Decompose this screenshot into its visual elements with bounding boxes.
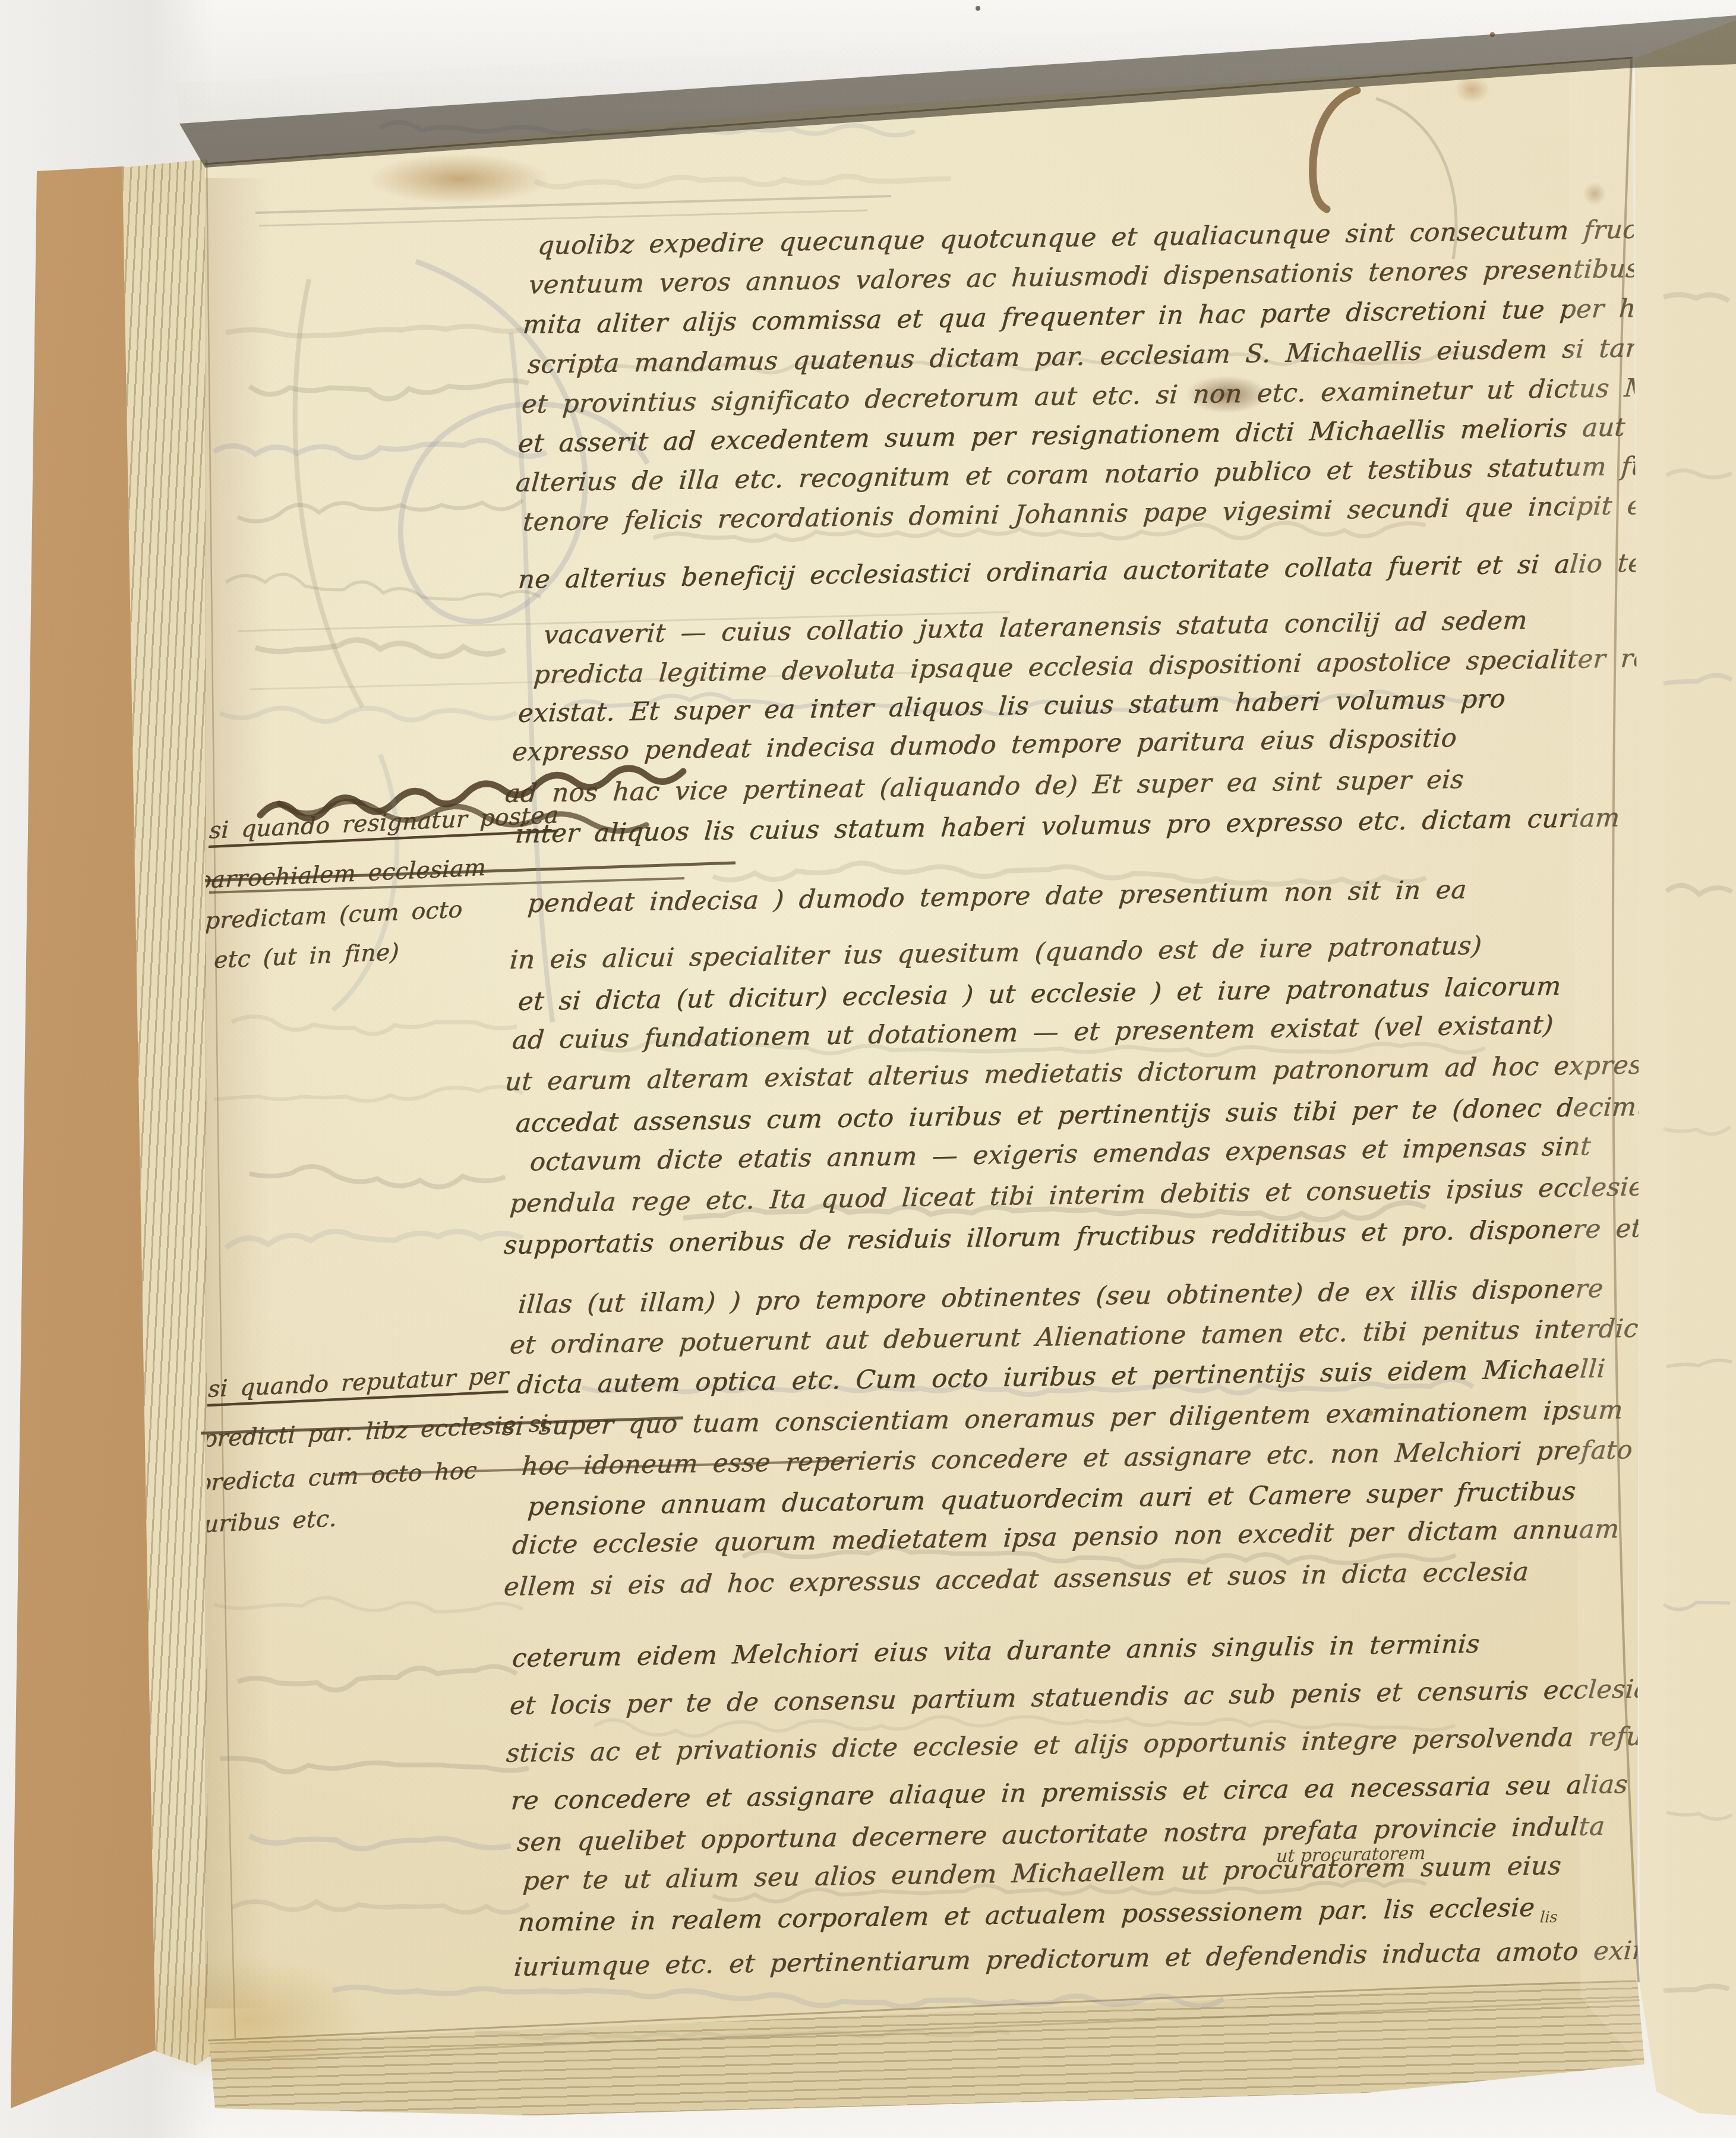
manuscript-line: mita aliter alijs commissa et qua freque…	[522, 293, 1666, 340]
margin-note-line: parrochialem ecclesiam	[195, 854, 487, 894]
page-text-clip: quolibz expedire quecunque quotcunque et…	[0, 0, 1736, 2138]
manuscript-line: et locis per te de consensu partium stat…	[509, 1675, 1650, 1721]
margin-note-line: predicti par. libz ecclesie si	[201, 1410, 549, 1453]
manuscript-line: octavum dicte etatis annum — exigeris em…	[529, 1131, 1592, 1177]
manuscript-line: ut earum alteram existat alterius mediet…	[504, 1049, 1687, 1097]
manuscript-line: in eis alicui specialiter ius quesitum (…	[509, 931, 1483, 975]
manuscript-line: dicta autem optica etc. Cum octo iuribus…	[516, 1354, 1606, 1400]
manuscript-line: et ordinare potuerunt aut debuerunt Alie…	[509, 1313, 1665, 1360]
manuscript-line: inter aliquos lis cuius statum haberi vo…	[515, 803, 1621, 849]
margin-note-line: predictam (cum octo	[204, 896, 463, 935]
manuscript-line: re concedere et assignare aliaque in pre…	[510, 1770, 1628, 1816]
manuscript-line: ceterum eidem Melchiori eius vita durant…	[511, 1629, 1481, 1673]
manuscript-line: supportatis oneribus de residuis illorum…	[503, 1210, 1736, 1260]
margin-note-line: etc (ut in fine)	[213, 939, 400, 974]
manuscript-line: sticis ac et privationis dicte ecclesie …	[505, 1721, 1670, 1768]
manuscript-line: accedat assensus cum octo iuribus et per…	[515, 1092, 1678, 1139]
manuscript-line: scripta mandamus quatenus dictam par. ec…	[526, 331, 1736, 380]
manuscript-line: quolibz expedire quecunque quotcunque et…	[536, 210, 1736, 261]
manuscript-line: et provintius significato decretorum aut…	[520, 372, 1731, 420]
manuscript-line: ne alterius beneficij ecclesiastici ordi…	[517, 547, 1729, 595]
manuscript-photo: quolibz expedire quecunque quotcunque et…	[0, 0, 1736, 2138]
manuscript-line: hoc idoneum esse reperieris concedere et…	[520, 1435, 1633, 1481]
manuscript-line: predicta legitime devoluta ipsaque eccle…	[532, 642, 1736, 690]
manuscript-line: vacaverit — cuius collatio juxta lateran…	[542, 606, 1528, 650]
manuscript-line: nomine in realem corporalem et actualem …	[517, 1893, 1536, 1938]
manuscript-line: pendula rege etc. Ita quod liceat tibi i…	[509, 1172, 1645, 1219]
manuscript-line: ad cuius fundationem ut dotationem — et …	[511, 1010, 1554, 1055]
manuscript-line: si super quo tuam conscientiam oneramus …	[501, 1395, 1671, 1442]
manuscript-line: illas (ut illam) ) pro tempore obtinente…	[517, 1274, 1604, 1320]
manuscript-line: ellem si eis ad hoc expressus accedat as…	[503, 1557, 1530, 1602]
interlinear-note: ut procuratorem	[1276, 1843, 1426, 1866]
manuscript-line: et asserit ad excedentem suum per resign…	[517, 411, 1736, 459]
manuscript-line: ad nos hac vice pertineat (aliquando de)…	[504, 765, 1464, 809]
manuscript-line: et si dicta (ut dicitur) ecclesia ) ut e…	[517, 972, 1562, 1017]
margin-note-line: si quando reputatur per	[207, 1363, 509, 1403]
manuscript-line: existat. Et super ea inter aliquos lis c…	[517, 684, 1507, 729]
margin-note-line: predicta cum octo hoc	[195, 1457, 478, 1497]
margin-note-line: si quando resignatur postea	[209, 802, 559, 844]
manuscript-line: pendeat indecisa ) dumodo tempore date p…	[526, 875, 1467, 919]
manuscript-line: dicte ecclesie quorum medietatem ipsa pe…	[511, 1514, 1620, 1560]
margin-note-line: iuribus etc.	[195, 1505, 337, 1538]
interlinear-note: lis	[1539, 1909, 1558, 1927]
manuscript-line: sen quelibet opportuna decernere auctori…	[516, 1812, 1606, 1858]
manuscript-line: pensione annuam ducatorum quatuordecim a…	[526, 1477, 1577, 1522]
manuscript-line: expresso pendeat indecisa dumodo tempore…	[511, 723, 1458, 767]
manuscript-line: iuriumque etc. et pertinentiarum predict…	[513, 1935, 1682, 1982]
